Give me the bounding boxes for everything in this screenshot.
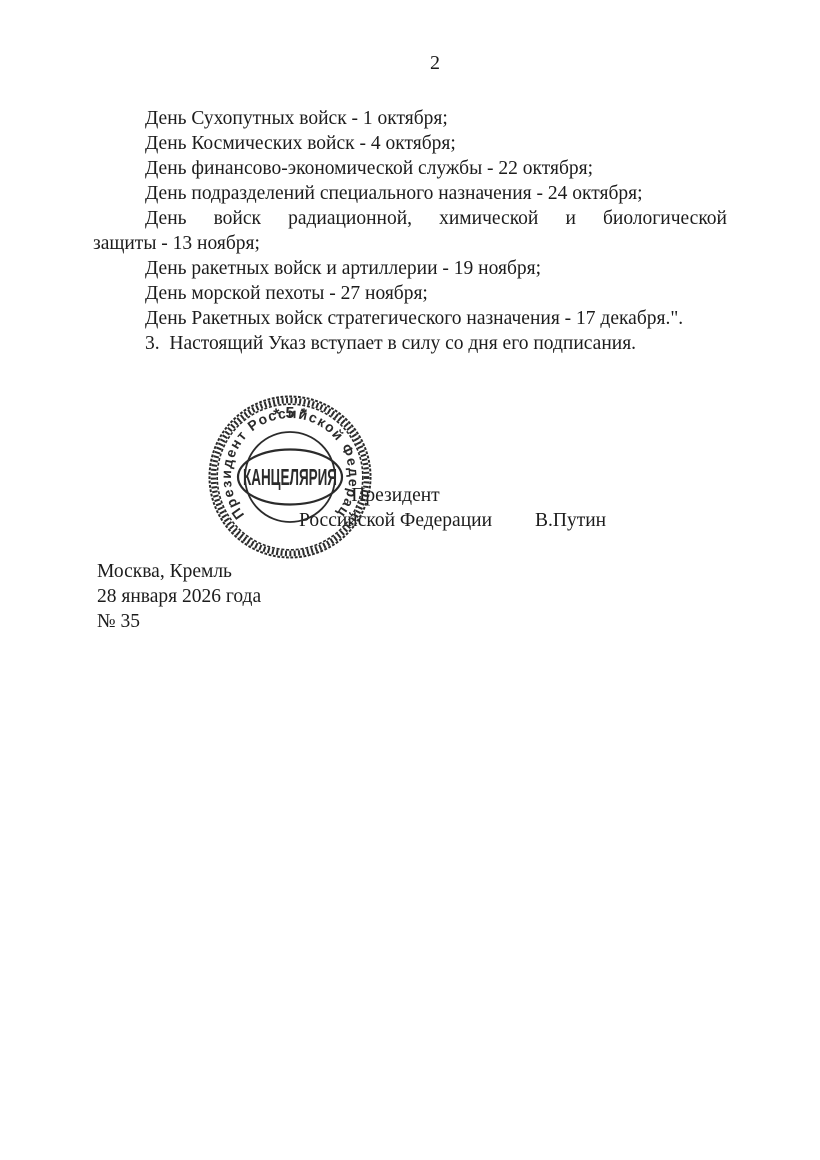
- footer-date: 28 января 2026 года: [97, 584, 261, 609]
- stamp-number-text: * 5 *: [272, 405, 308, 424]
- signatory-title-line1: Президент: [297, 483, 494, 508]
- decree-line: 3. Настоящий Указ вступает в силу со дня…: [93, 331, 727, 356]
- decree-line: День Ракетных войск стратегического назн…: [93, 306, 727, 331]
- decree-text-block: День Сухопутных войск - 1 октября; День …: [93, 106, 727, 356]
- stamp-seal-graphic: Президент Российской Федерации * 5 * КАН…: [206, 393, 374, 561]
- signatory-title-line2: Российской Федерации: [297, 508, 494, 533]
- decree-line: День финансово-экономической службы - 22…: [93, 156, 727, 181]
- decree-line: защиты - 13 ноября;: [93, 231, 727, 256]
- decree-line: День Сухопутных войск - 1 октября;: [93, 106, 727, 131]
- decree-line: День морской пехоты - 27 ноября;: [93, 281, 727, 306]
- footer-number: № 35: [97, 609, 261, 634]
- signatory-name: В.Путин: [535, 508, 606, 533]
- chancellery-stamp: Президент Российской Федерации * 5 * КАН…: [206, 393, 374, 561]
- stamp-outer-hatch-ring: [210, 397, 371, 558]
- decree-line: День войск радиационной, химической и би…: [93, 206, 727, 231]
- footer-place: Москва, Кремль: [97, 559, 261, 584]
- signature-block: Президент Российской Федерации В.Путин: [297, 483, 717, 533]
- document-page: 2 День Сухопутных войск - 1 октября; Ден…: [0, 0, 820, 1160]
- decree-line: День подразделений специального назначен…: [93, 181, 727, 206]
- stamp-bottom-text-container: * 5 *: [272, 405, 308, 424]
- decree-line: День Космических войск - 4 октября;: [93, 131, 727, 156]
- decree-line: День ракетных войск и артиллерии - 19 но…: [93, 256, 727, 281]
- page-number: 2: [385, 52, 485, 75]
- decree-footer: Москва, Кремль 28 января 2026 года № 35: [97, 559, 261, 634]
